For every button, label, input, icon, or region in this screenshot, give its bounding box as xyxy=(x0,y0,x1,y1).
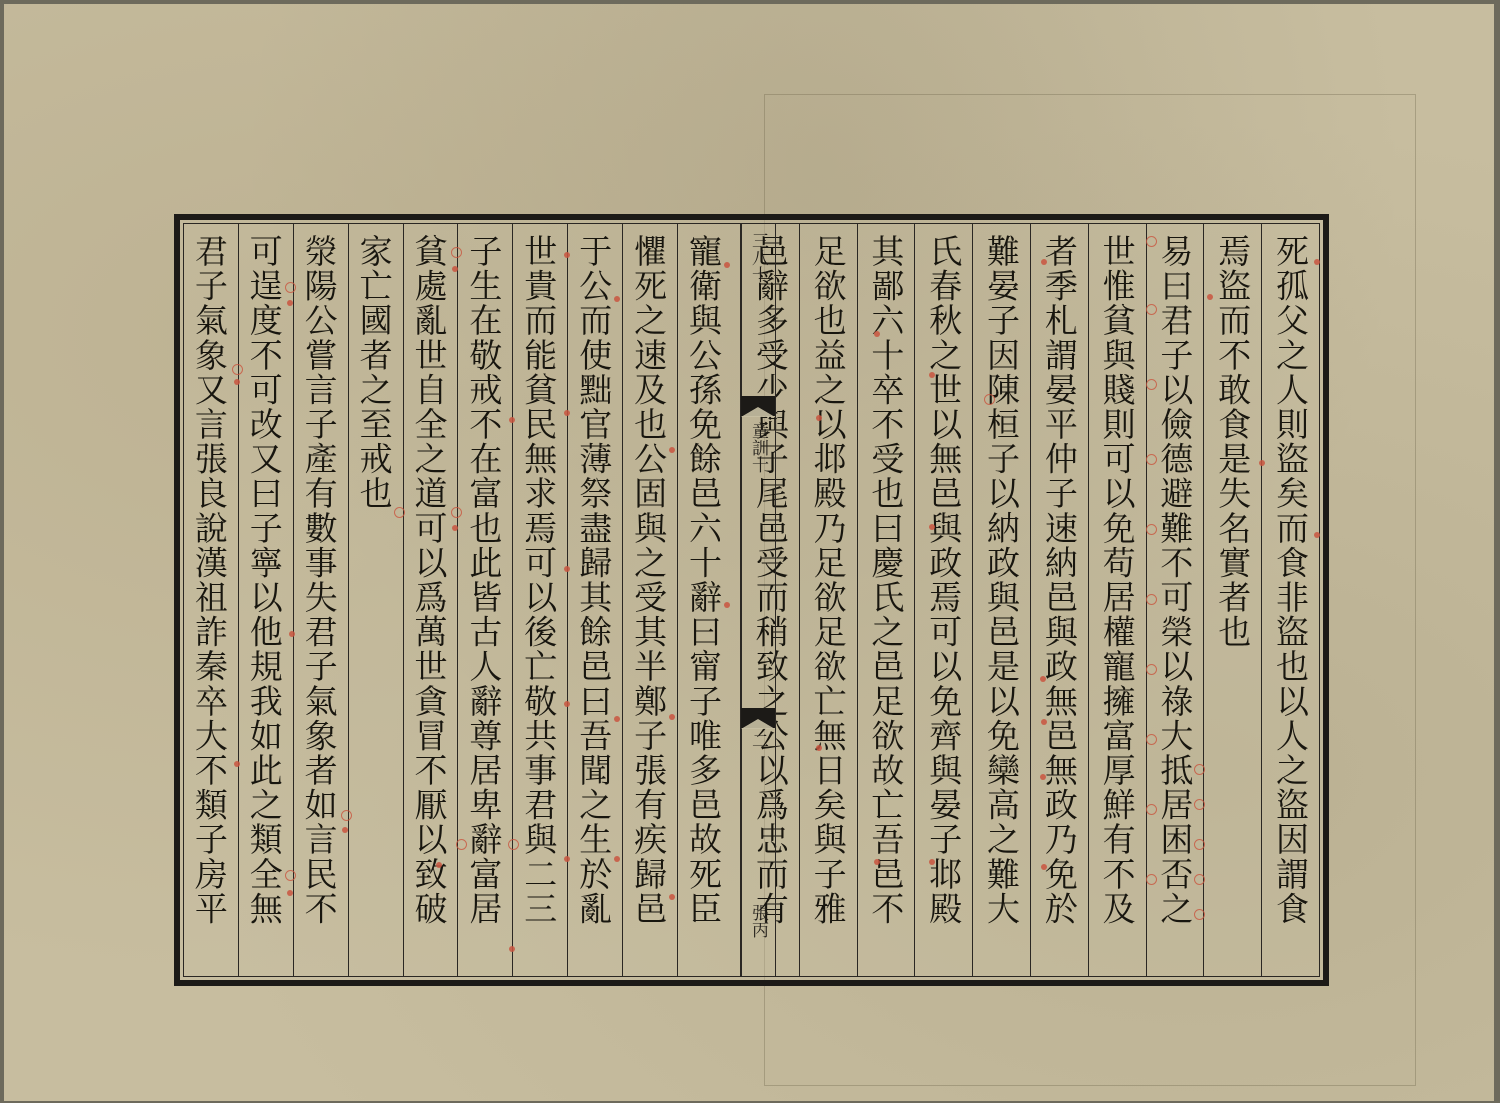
text-column: 焉盜而不敢食是失名實者也 xyxy=(1203,224,1261,976)
banxin-title: 童訓十 xyxy=(741,422,775,542)
text-column: 者季札謂晏平仲子速納邑與政無邑無政乃免於 xyxy=(1030,224,1088,976)
banxin-leaf-number: 二 xyxy=(741,732,775,772)
text-column: 子生在敬戒不在富也此皆古人辭尊居卑辭富居 xyxy=(457,224,512,976)
text-column: 懼死之速及也公固與之受其半鄭子張有疾歸邑 xyxy=(622,224,677,976)
text-column: 足欲也益之以邶殿乃足欲足欲亡無日矣與子雅 xyxy=(799,224,857,976)
text-column: 世貴而能貧民無求焉可以後亡敬共事君與二三 xyxy=(512,224,567,976)
fishtail-mark-lower xyxy=(741,708,775,728)
text-column: 滎陽公嘗言子產有數事失君子氣象者如言民不 xyxy=(293,224,348,976)
text-column: 君子氣象又言張良說漢祖詐秦卒大不類子房平 xyxy=(184,224,238,976)
scanned-book-sheet: 死孤父之人則盜矣而食非盜也以人之盜因謂食 焉盜而不敢食是失名實者也 易曰君子以儉… xyxy=(4,4,1494,1101)
text-column: 于公而使黜官薄祭盡歸其餘邑曰吾聞之生於亂 xyxy=(567,224,622,976)
text-column: 難晏子因陳桓子以納政與邑是以免欒高之難大 xyxy=(972,224,1030,976)
text-column: 死孤父之人則盜矣而食非盜也以人之盜因謂食 xyxy=(1261,224,1319,976)
text-column: 家亡國者之至戒也 xyxy=(348,224,403,976)
text-column: 貧處亂世自全之道可以爲萬世貪冒不厭以致破 xyxy=(403,224,458,976)
fishtail-mark-upper xyxy=(741,396,775,416)
text-column: 世惟貧與賤則可以免苟居權寵擁富厚鮮有不及 xyxy=(1088,224,1146,976)
banxin-center-fold: 三八十 童訓十 二 張丙 xyxy=(740,224,776,976)
text-column: 可逞度不可改又曰子寧以他規我如此之類全無 xyxy=(238,224,293,976)
banxin-top-number: 三八十 xyxy=(741,232,775,382)
text-column: 寵衛與公孫免餘邑六十辭曰甯子唯多邑故死臣 xyxy=(677,224,732,976)
left-half-leaf: 寵衛與公孫免餘邑六十辭曰甯子唯多邑故死臣 懼死之速及也公固與之受其半鄭子張有疾歸… xyxy=(184,224,732,976)
banxin-carver-name: 張丙 xyxy=(741,904,775,974)
text-column: 其鄙六十卒不受也曰慶氏之邑足欲故亡吾邑不 xyxy=(857,224,915,976)
right-half-leaf: 死孤父之人則盜矣而食非盜也以人之盜因謂食 焉盜而不敢食是失名實者也 易曰君子以儉… xyxy=(741,224,1319,976)
text-column: 氏春秋之世以無邑與政焉可以免齊與晏子邶殿 xyxy=(914,224,972,976)
